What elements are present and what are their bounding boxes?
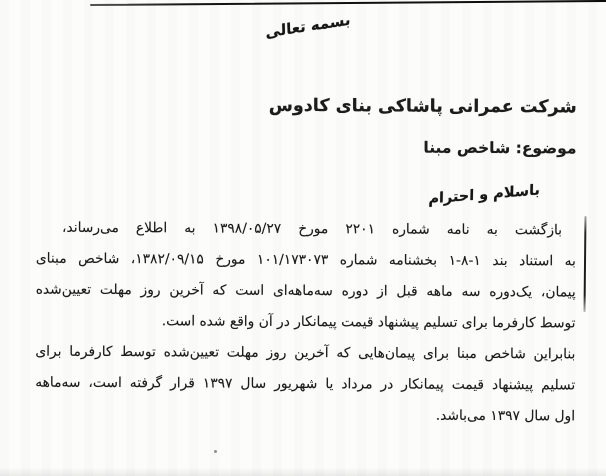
body-line: پیمان، یک‌دوره سه ماهه قبل از دوره سه‌ما…	[36, 275, 576, 309]
letter-content: بسمه تعالی شرکت عمرانی پاشاکی بنای کادوس…	[0, 0, 606, 476]
letter-body: بازگشت به نامه شماره ۲۲۰۱ مورخ ۱۳۹۸/۰۵/۲…	[35, 213, 576, 433]
salutation-handwritten: باسلام و احترام	[428, 182, 540, 207]
company-title: شرکت عمرانی پاشاکی بنای کادوس	[269, 96, 577, 118]
body-line: بازگشت به نامه شماره ۲۲۰۱ مورخ ۱۳۹۸/۰۵/۲…	[36, 213, 576, 247]
body-line: به استناد بند ۱-۸-۱ بخشنامه شماره ۱۰۱/۱۷…	[36, 244, 576, 278]
subject-line: موضوع: شاخص مبنا	[423, 139, 576, 158]
body-line: تسلیم پیشنهاد قیمت پیمانکار در مرداد یا …	[35, 368, 575, 402]
body-line: اول سال ۱۳۹۷ می‌باشد.	[35, 399, 575, 433]
body-line: بنابراین شاخص مبنا برای پیمان‌هایی که آخ…	[35, 337, 575, 371]
scanned-letter-page: بسمه تعالی شرکت عمرانی پاشاکی بنای کادوس…	[0, 0, 606, 476]
body-line: توسط کارفرما برای تسلیم پیشنهاد قیمت پیم…	[35, 306, 575, 340]
basmala-handwritten: بسمه تعالی	[265, 10, 350, 41]
